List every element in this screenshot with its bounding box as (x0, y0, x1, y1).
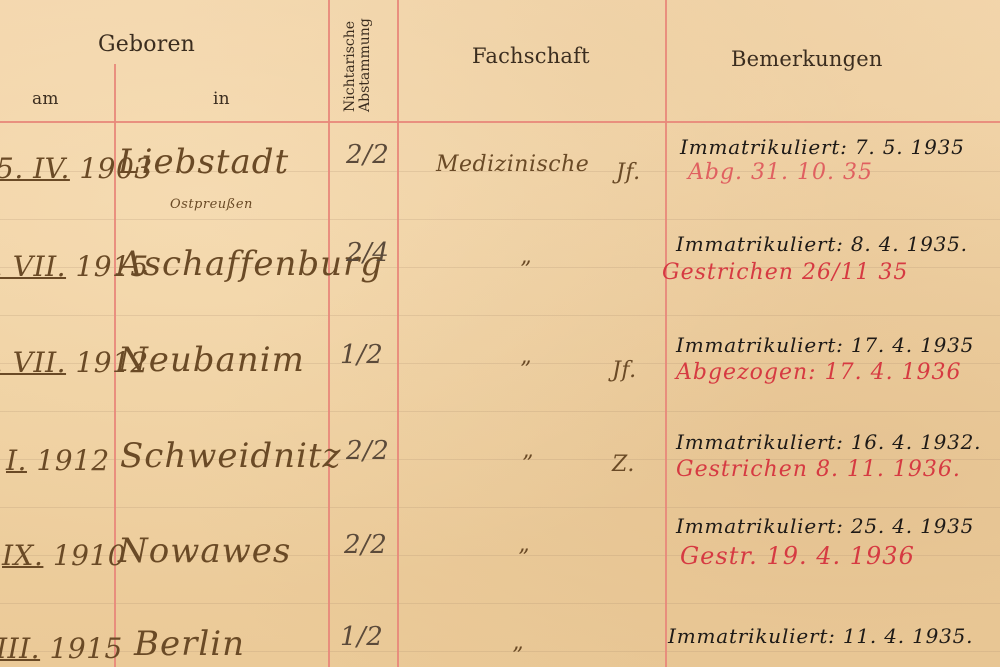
row-3-red-note: Abgezogen: 17. 4. 1936 (676, 360, 962, 385)
row-3-fach-mark: Jf. (612, 358, 637, 383)
row-1-fach-mark: Jf. (616, 160, 641, 185)
header-nichtarische-abstammung: Nichtarische Abstammung (343, 18, 373, 112)
row-2-red-note: Gestrichen 26/11 35 (662, 260, 908, 285)
column-divider-abstammung-fachschaft (397, 0, 399, 667)
row-5-born-year: 1910 (53, 539, 126, 572)
row-6-born-year: 1915 (50, 632, 123, 665)
header-divider (0, 121, 1000, 123)
row-1-birthplace-region: Ostpreußen (170, 197, 253, 212)
header-fachschaft: Fachschaft (472, 44, 590, 68)
row-2-fachschaft-ditto: ” (520, 258, 532, 283)
header-abstammung-line1: Nichtarische (343, 18, 358, 112)
row-1-red-note: Abg. 31. 10. 35 (688, 160, 873, 185)
row-2-abstammung: 2/4 (346, 238, 389, 268)
row-6-born-day-month: III. (0, 632, 40, 665)
row-6-birthplace: Berlin (134, 624, 245, 664)
header-abstammung-line2: Abstammung (358, 18, 373, 112)
row-4-fachschaft-ditto: ” (522, 452, 534, 477)
row-3-abstammung: 1/2 (340, 340, 383, 370)
header-geboren: Geboren (98, 32, 195, 57)
row-1-birthplace: Liebstadt (118, 142, 289, 182)
row-6-abstammung: 1/2 (340, 622, 383, 652)
row-1-born-day-month: 5. IV. (0, 152, 70, 185)
row-1-abstammung: 2/2 (346, 140, 389, 170)
row-5-immatrikuliert: Immatrikuliert: 25. 4. 1935 (676, 514, 974, 538)
row-6-born-date: III. 1915 (0, 632, 123, 665)
header-am: am (32, 89, 59, 109)
row-2-birthplace: Aschaffenburg (118, 244, 383, 284)
row-5-abstammung: 2/2 (344, 530, 387, 560)
row-5-born-date: IX. 1910 (2, 539, 126, 572)
row-4-immatrikuliert: Immatrikuliert: 16. 4. 1932. (676, 430, 981, 454)
ledger-page: Geboren am in Nichtarische Abstammung Fa… (0, 0, 1000, 667)
row-1-immatrikuliert: Immatrikuliert: 7. 5. 1935 (680, 135, 965, 159)
row-6-immatrikuliert: Immatrikuliert: 11. 4. 1935. (668, 624, 973, 648)
row-4-birthplace: Schweidnitz (120, 436, 341, 476)
row-1-fachschaft: Medizinische (436, 152, 589, 177)
row-2-immatrikuliert: Immatrikuliert: 8. 4. 1935. (676, 232, 968, 256)
row-3-born-day-month: . VII. (0, 346, 66, 379)
row-4-fach-mark: Z. (612, 452, 635, 477)
row-3-immatrikuliert: Immatrikuliert: 17. 4. 1935 (676, 333, 974, 357)
column-divider-fachschaft-bemerkungen (665, 0, 667, 667)
row-4-born-day-month: I. (6, 444, 27, 477)
row-4-born-year: 1912 (36, 444, 109, 477)
row-3-fachschaft-ditto: ” (520, 358, 532, 383)
row-4-born-date: I. 1912 (6, 444, 110, 477)
row-2-born-day-month: . VII. (0, 250, 66, 283)
row-5-birthplace: Nowawes (118, 531, 291, 571)
row-5-red-note: Gestr. 19. 4. 1936 (680, 542, 915, 570)
row-4-abstammung: 2/2 (346, 436, 389, 466)
row-5-fachschaft-ditto: ” (518, 546, 530, 571)
row-3-birthplace: Neubanim (118, 340, 305, 380)
header-in: in (213, 89, 230, 109)
header-bemerkungen: Bemerkungen (731, 47, 883, 71)
ruled-rows (0, 124, 1000, 667)
column-divider-in-abstammung (328, 0, 330, 667)
row-6-fachschaft-ditto: ” (512, 644, 524, 667)
row-4-red-note: Gestrichen 8. 11. 1936. (676, 457, 961, 482)
row-5-born-day-month: IX. (2, 539, 43, 572)
